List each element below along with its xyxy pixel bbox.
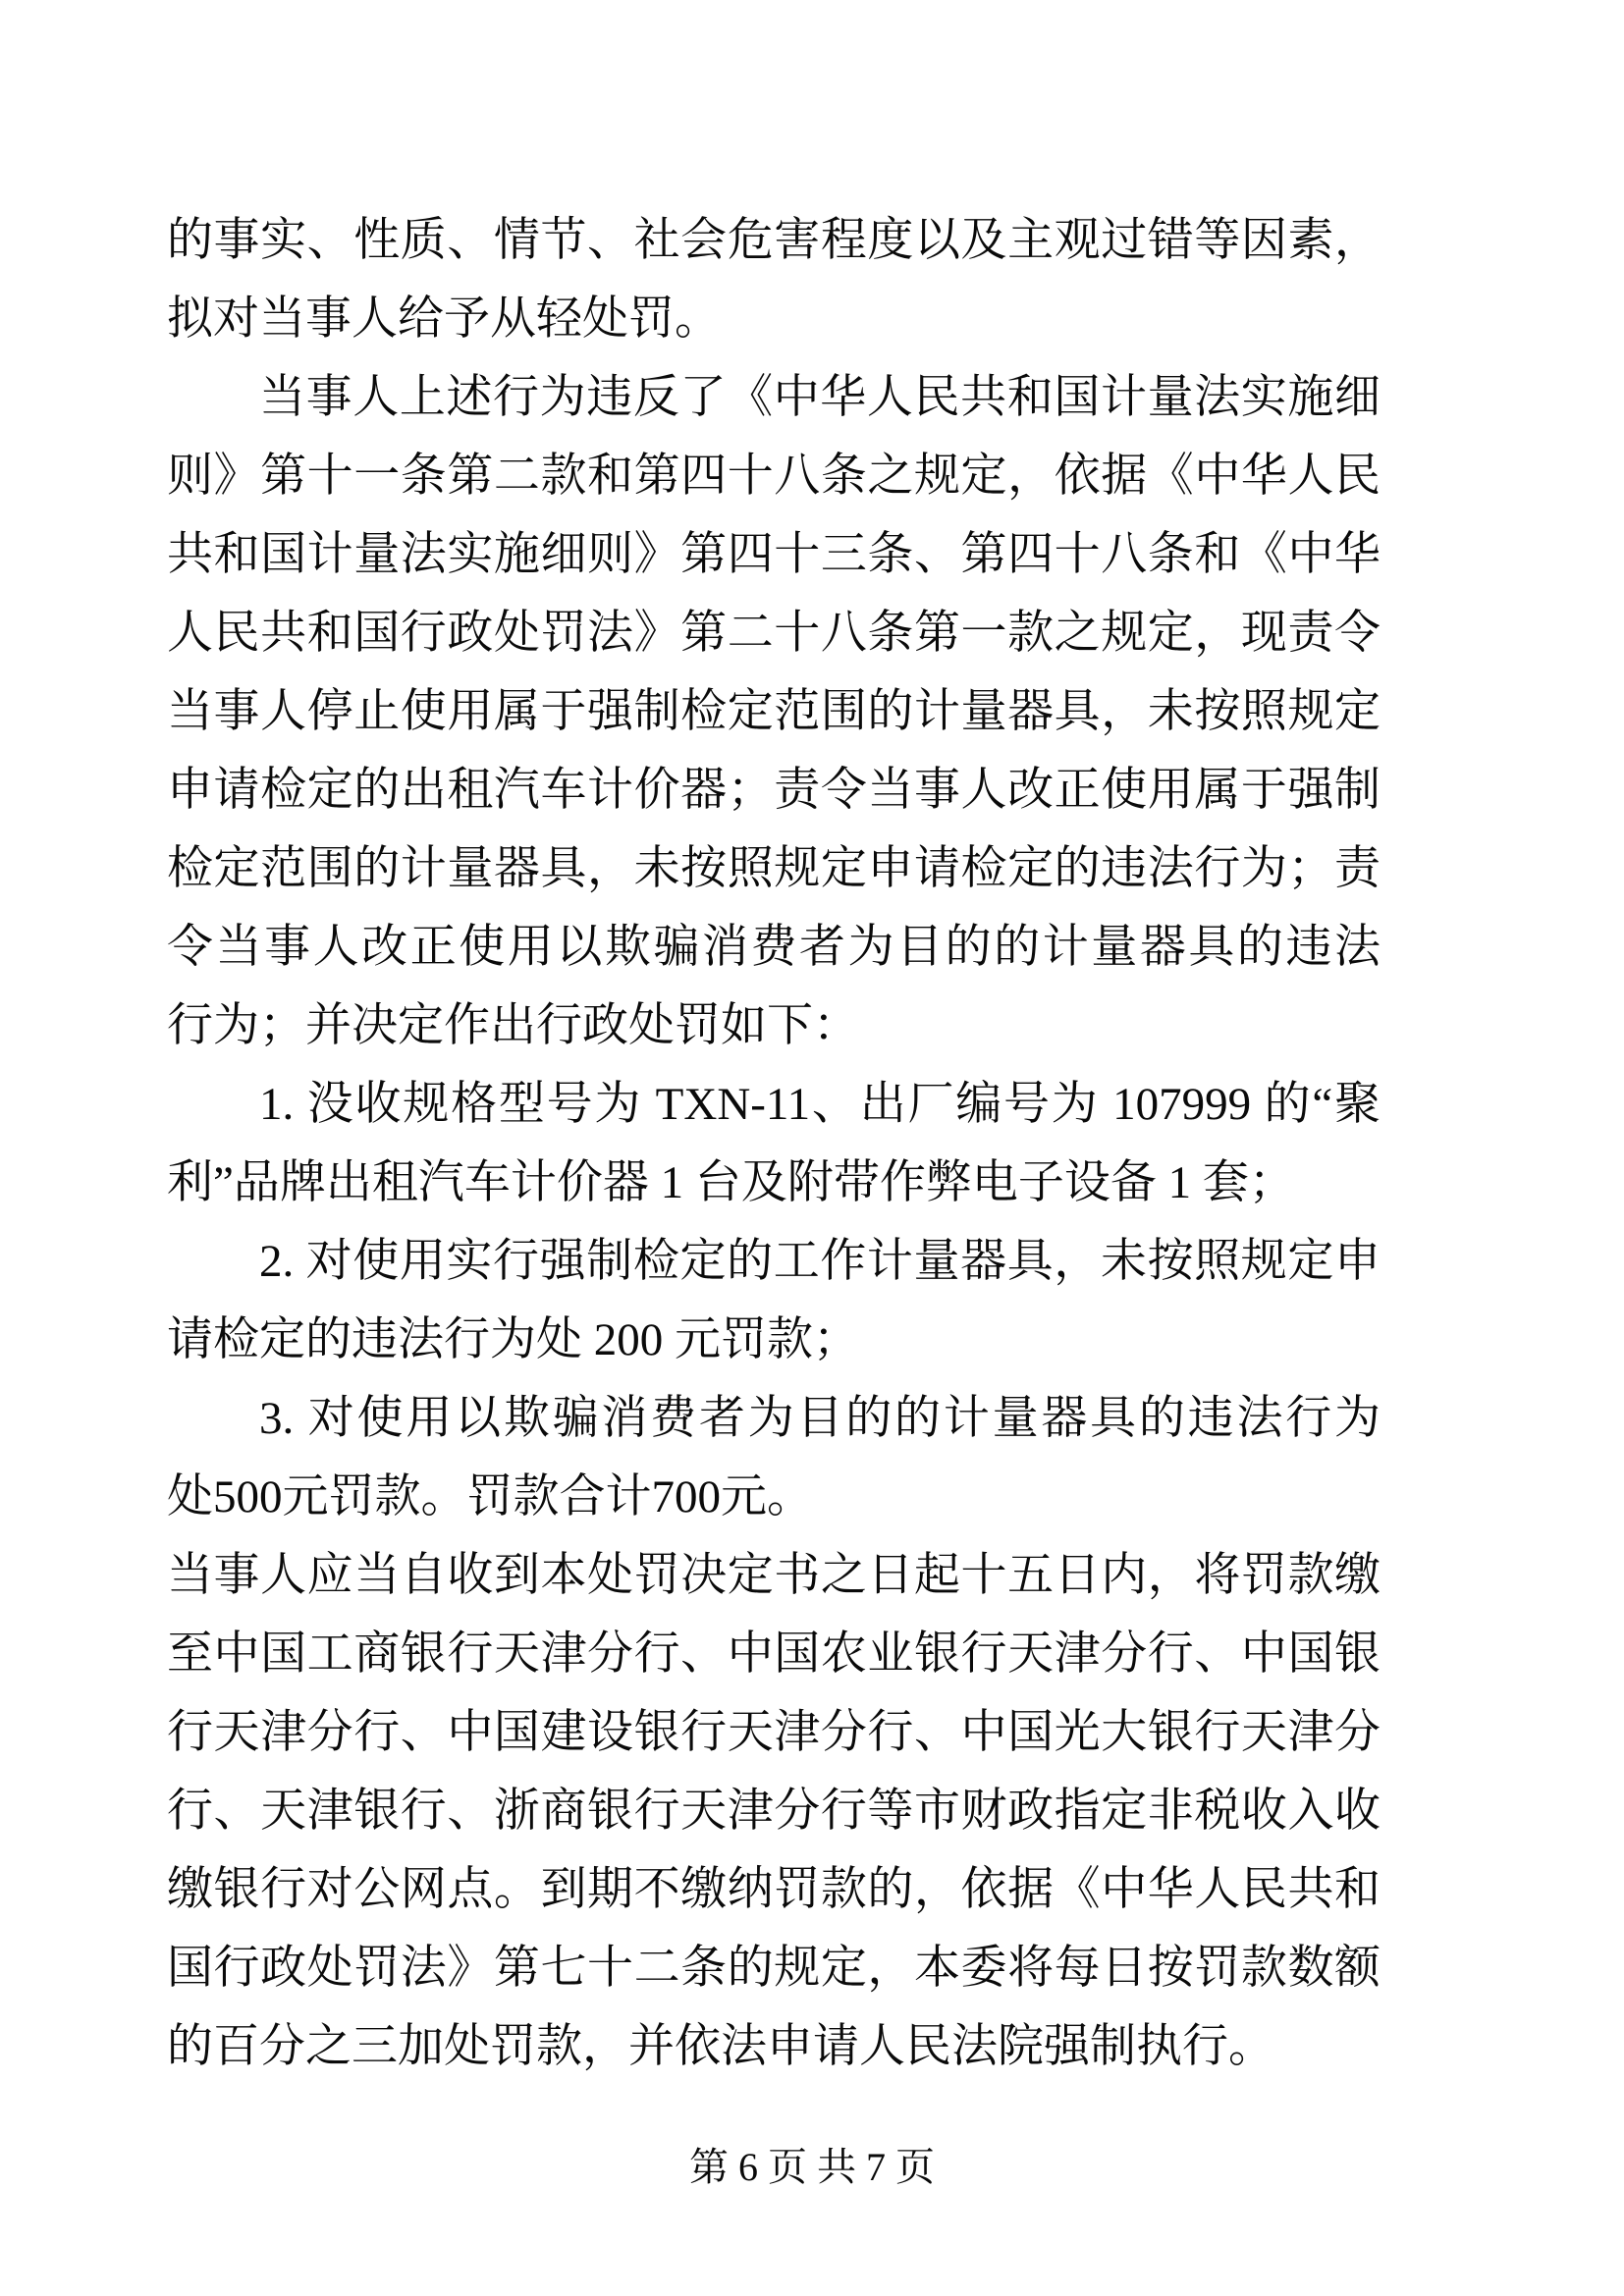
text-line-20: 行天津分行、中国建设银行天津分行、中国光大银行天津分 [167,1693,1380,1772]
document-body: 的事实、性质、情节、社会危害程度以及主观过错等因素， 拟对当事人给予从轻处罚。 … [167,201,1380,2086]
text-line-12: 1. 没收规格型号为 TXN-11、出厂编号为 107999 的“聚 [167,1065,1380,1144]
text-line-15: 请检定的违法行为处 200 元罚款； [167,1301,1380,1379]
text-line-16: 3. 对使用以欺骗消费者为目的的计量器具的违法行为 [167,1379,1380,1458]
text-line-5: 共和国计量法实施细则》第四十三条、第四十八条和《中华 [167,515,1380,594]
text-line-11: 行为；并决定作出行政处罚如下： [167,987,1380,1065]
text-line-22: 缴银行对公网点。到期不缴纳罚款的，依据《中华人民共和 [167,1850,1380,1929]
text-line-19: 至中国工商银行天津分行、中国农业银行天津分行、中国银 [167,1615,1380,1693]
text-line-18: 当事人应当自收到本处罚决定书之日起十五日内，将罚款缴 [167,1536,1380,1615]
text-line-6: 人民共和国行政处罚法》第二十八条第一款之规定，现责令 [167,594,1380,672]
text-line-4: 则》第十一条第二款和第四十八条之规定，依据《中华人民 [167,437,1380,515]
page-footer: 第 6 页 共 7 页 [0,2138,1624,2197]
document-page: 的事实、性质、情节、社会危害程度以及主观过错等因素， 拟对当事人给予从轻处罚。 … [0,0,1624,2296]
text-line-24: 的百分之三加处罚款，并依法申请人民法院强制执行。 [167,2007,1380,2086]
text-line-3: 当事人上述行为违反了《中华人民共和国计量法实施细 [167,358,1380,437]
text-line-1: 的事实、性质、情节、社会危害程度以及主观过错等因素， [167,201,1380,280]
text-line-23: 国行政处罚法》第七十二条的规定，本委将每日按罚款数额 [167,1929,1380,2007]
text-line-10: 令当事人改正使用以欺骗消费者为目的的计量器具的违法 [167,908,1380,987]
text-line-7: 当事人停止使用属于强制检定范围的计量器具，未按照规定 [167,672,1380,751]
text-line-13: 利”品牌出租汽车计价器 1 台及附带作弊电子设备 1 套； [167,1144,1380,1222]
text-line-17: 处500元罚款。罚款合计700元。 [167,1458,1380,1536]
text-line-21: 行、天津银行、浙商银行天津分行等市财政指定非税收入收 [167,1772,1380,1850]
text-line-9: 检定范围的计量器具，未按照规定申请检定的违法行为；责 [167,829,1380,908]
text-line-8: 申请检定的出租汽车计价器；责令当事人改正使用属于强制 [167,751,1380,829]
text-line-14: 2. 对使用实行强制检定的工作计量器具，未按照规定申 [167,1222,1380,1301]
text-line-2: 拟对当事人给予从轻处罚。 [167,280,1380,358]
